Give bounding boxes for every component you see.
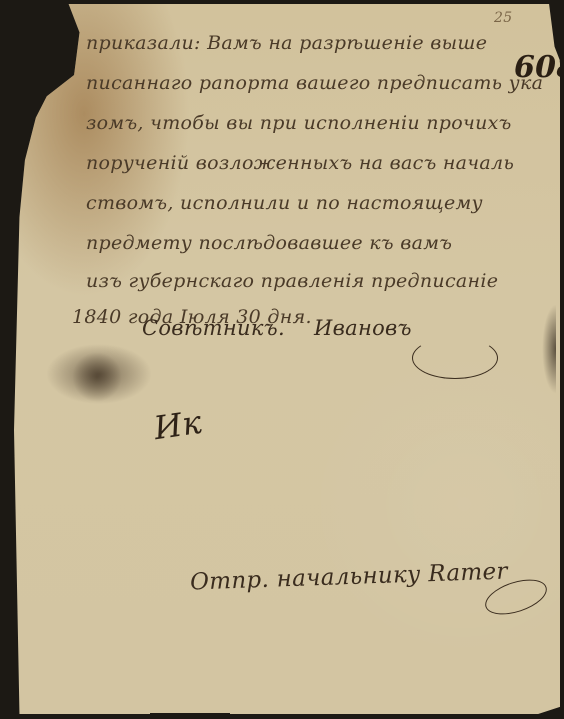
body-line-2: писаннаго рапорта вашего предписать ука — [86, 72, 543, 94]
body-line-6: предмету послѣдовавшее къ вамъ — [86, 232, 452, 254]
body-line-3: зомъ, чтобы вы при исполненіи прочихъ — [86, 112, 512, 134]
folio-number: 25 — [494, 10, 512, 26]
signature-flourish-icon — [412, 337, 498, 379]
scanned-document: 25 608 приказали: Вамъ на разрѣшеніе выш… — [0, 0, 564, 719]
ink-smudge — [72, 352, 122, 402]
body-line-7: изъ губернскаго правленія предписаніе — [86, 270, 498, 292]
body-line-4: порученій возложенныхъ на васъ началь — [86, 152, 514, 174]
signatory-title: Совѣтникъ. — [142, 316, 285, 340]
clerk-dispatch-note: Отпр. начальнику Ramer — [190, 558, 509, 595]
signatory-name: Ивановъ — [314, 316, 412, 340]
scan-edge-shadow — [150, 713, 230, 719]
paper-sheet: 25 608 приказали: Вамъ на разрѣшеніе выш… — [14, 4, 560, 714]
body-line-1: приказали: Вамъ на разрѣшеніе выше — [86, 32, 487, 54]
edge-stain — [542, 304, 556, 394]
initials-mark: Ик — [152, 403, 204, 447]
body-line-5: ствомъ, исполнили и по настоящему — [86, 192, 483, 214]
